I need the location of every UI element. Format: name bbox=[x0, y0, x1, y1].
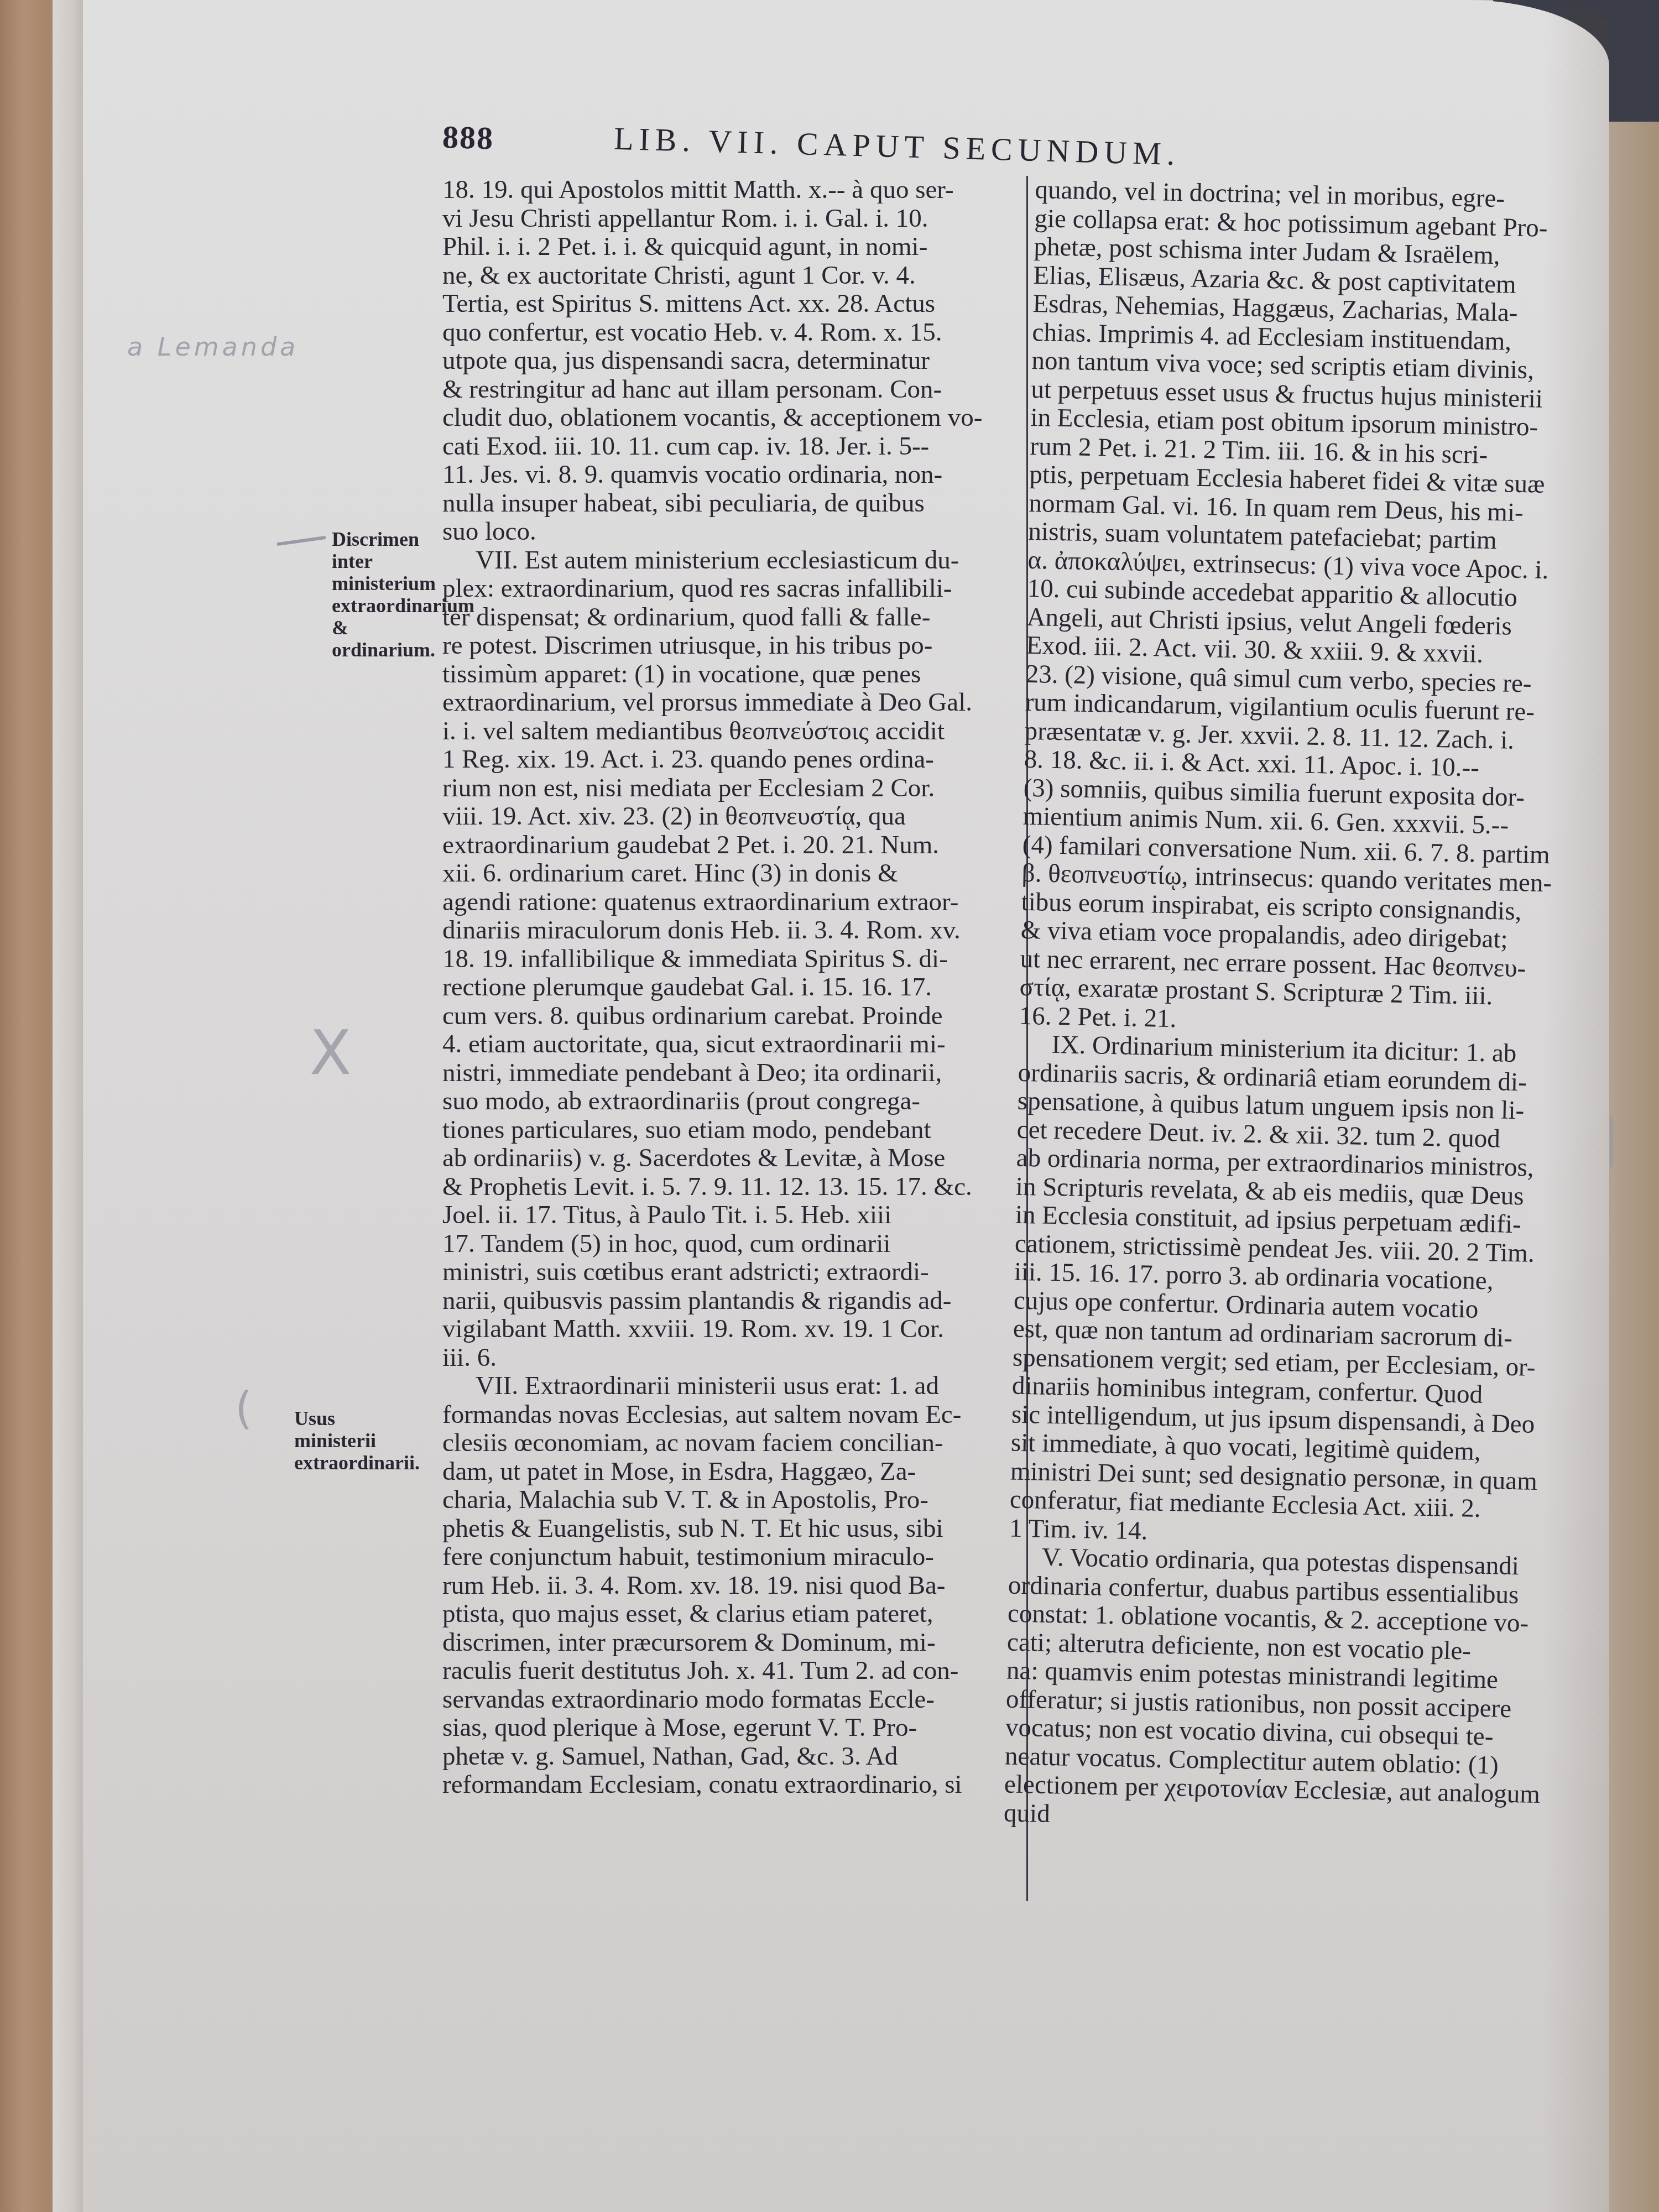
text-line: VII. Extraordinarii ministerii usus erat… bbox=[442, 1372, 1018, 1401]
text-line: i. i. vel saltem mediantibus θεοπνεύστοι… bbox=[442, 717, 1018, 746]
text-line: cludit duo, oblationem vocantis, & accep… bbox=[442, 404, 1018, 432]
text-line: cati Exod. iii. 10. 11. cum cap. iv. 18.… bbox=[442, 432, 1018, 461]
text-line: phetis & Euangelistis, sub N. T. Et hic … bbox=[442, 1515, 1018, 1543]
text-line: extraordinarium gaudebat 2 Pet. i. 20. 2… bbox=[442, 831, 1018, 860]
text-line: Tertia, est Spiritus S. mittens Act. xx.… bbox=[442, 290, 1018, 319]
text-line: raculis fuerit destitutus Joh. x. 41. Tu… bbox=[442, 1657, 1018, 1686]
text-line: narii, quibusvis passim plantandis & rig… bbox=[442, 1287, 1018, 1316]
text-line: & restringitur ad hanc aut illam persona… bbox=[442, 375, 1018, 404]
text-line: nulla insuper habeat, sibi peculiaria, d… bbox=[442, 489, 1018, 518]
pencil-margin-bar bbox=[1610, 1117, 1613, 1167]
text-line: phetæ v. g. Samuel, Nathan, Gad, &c. 3. … bbox=[442, 1743, 1018, 1771]
marginal-note-discrimen: Discrimen inter ministerium extraordinar… bbox=[332, 528, 420, 661]
text-line: fere conjunctum habuit, testimonium mira… bbox=[442, 1543, 1018, 1572]
text-line: extraordinarium, vel prorsus immediate à… bbox=[442, 688, 1018, 717]
text-line: re potest. Discrimen utriusque, in his t… bbox=[442, 632, 1018, 660]
text-line: tiones particulares, suo etiam modo, pen… bbox=[442, 1116, 1018, 1145]
text-line: dam, ut patet in Mose, in Esdra, Haggæo,… bbox=[442, 1458, 1018, 1486]
text-line: 18. 19. infallibilique & immediata Spiri… bbox=[442, 945, 1018, 974]
text-line: ter dispensat; & ordinarium, quod falli … bbox=[442, 603, 1018, 632]
text-line: formandas novas Ecclesias, aut saltem no… bbox=[442, 1401, 1018, 1430]
gutter-strip bbox=[53, 0, 86, 2212]
text-line: vigilabant Matth. xxviii. 19. Rom. xv. 1… bbox=[442, 1315, 1018, 1344]
marginal-note-usus: Usus ministerii extraordinarii. bbox=[294, 1407, 383, 1474]
text-line: rium non est, nisi mediata per Ecclesiam… bbox=[442, 774, 1018, 803]
page-number: 888 bbox=[442, 118, 494, 157]
text-line: utpote qua, jus dispensandi sacra, deter… bbox=[442, 347, 1018, 375]
text-line: servandas extraordinario modo formatas E… bbox=[442, 1686, 1018, 1714]
text-line: 17. Tandem (5) in hoc, quod, cum ordinar… bbox=[442, 1230, 1018, 1259]
facing-page-edge bbox=[1604, 122, 1659, 2212]
text-line: xii. 6. ordinarium caret. Hinc (3) in do… bbox=[442, 859, 1018, 888]
pencil-cross-mark: X bbox=[310, 1018, 351, 1088]
text-line: tissimùm apparet: (1) in vocatione, quæ … bbox=[442, 660, 1018, 689]
text-line: quo confertur, est vocatio Heb. v. 4. Ro… bbox=[442, 319, 1018, 347]
text-line: 11. Jes. vi. 8. 9. quamvis vocatio ordin… bbox=[442, 461, 1018, 489]
text-line: suo loco. bbox=[442, 518, 1018, 546]
text-line: vi Jesu Christi appellantur Rom. i. i. G… bbox=[442, 205, 1018, 233]
text-line: suo modo, ab extraordinariis (prout cong… bbox=[442, 1087, 1018, 1116]
text-line: sias, quod plerique à Mose, egerunt V. T… bbox=[442, 1714, 1018, 1743]
text-line: clesiis œconomiam, ac novam faciem conci… bbox=[442, 1429, 1018, 1458]
text-line: VII. Est autem ministerium ecclesiasticu… bbox=[442, 546, 1018, 575]
text-line: dinariis miraculorum donis Heb. ii. 3. 4… bbox=[442, 916, 1018, 945]
text-line: discrimen, inter præcursorem & Dominum, … bbox=[442, 1629, 1018, 1657]
right-column: quando, vel in doctrina; vel in moribus,… bbox=[1004, 176, 1605, 1838]
text-line: Joel. ii. 17. Titus, à Paulo Tit. i. 5. … bbox=[442, 1201, 1018, 1230]
text-line: charia, Malachia sub V. T. & in Apostoli… bbox=[442, 1486, 1018, 1515]
text-line: ne, & ex auctoritate Christi, agunt 1 Co… bbox=[442, 262, 1018, 290]
text-line: rectione plerumque gaudebat Gal. i. 15. … bbox=[442, 973, 1018, 1002]
pencil-paren-mark: ( bbox=[235, 1383, 252, 1434]
text-line: rum Heb. ii. 3. 4. Rom. xv. 18. 19. nisi… bbox=[442, 1572, 1018, 1600]
text-line: ministri, suis cœtibus erant adstricti; … bbox=[442, 1258, 1018, 1287]
text-line: 1 Reg. xix. 19. Act. i. 23. quando penes… bbox=[442, 745, 1018, 774]
text-line: cum vers. 8. quibus ordinarium carebat. … bbox=[442, 1002, 1018, 1031]
text-line: reformandam Ecclesiam, conatu extraordin… bbox=[442, 1771, 1018, 1799]
text-line: 18. 19. qui Apostolos mittit Matth. x.--… bbox=[442, 176, 1018, 205]
text-line: plex: extraordinarium, quod res sacras i… bbox=[442, 575, 1018, 603]
text-line: ptista, quo majus esset, & clarius etiam… bbox=[442, 1600, 1018, 1629]
text-line: Phil. i. i. 2 Pet. i. i. & quicquid agun… bbox=[442, 233, 1018, 262]
book-spine-edge bbox=[0, 0, 53, 2212]
text-line: 4. etiam auctoritate, qua, sicut extraor… bbox=[442, 1030, 1018, 1059]
text-line: ab ordinariis) v. g. Sacerdotes & Levitæ… bbox=[442, 1144, 1018, 1173]
left-column: 18. 19. qui Apostolos mittit Matth. x.--… bbox=[442, 176, 1018, 1799]
pencil-annotation-top: a Lemanda bbox=[127, 332, 299, 362]
text-line: nistri, immediate pendebant à Deo; ita o… bbox=[442, 1059, 1018, 1088]
text-line: viii. 19. Act. xiv. 23. (2) in θεοπνευστ… bbox=[442, 802, 1018, 831]
text-line: & Prophetis Levit. i. 5. 7. 9. 11. 12. 1… bbox=[442, 1173, 1018, 1202]
text-line: iii. 6. bbox=[442, 1344, 1018, 1373]
text-line: agendi ratione: quatenus extraordinarium… bbox=[442, 888, 1018, 917]
